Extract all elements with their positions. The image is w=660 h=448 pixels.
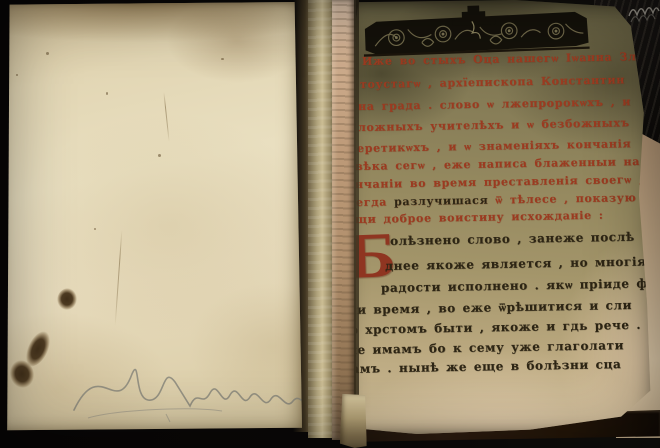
right-page: Иже во стыхъ Оца нашегѡ Іѡанна Зла тоуст…: [336, 0, 660, 434]
gutter-crevice: [354, 0, 359, 436]
heading-line: ложныхъ учителѣхъ и ѡ безбожныхъ: [358, 116, 630, 134]
paper-crack: [115, 230, 123, 326]
paper-speck: [94, 228, 96, 230]
floral-woodcut-headpiece-icon: [362, 0, 590, 59]
heading-line: еретикѡхъ , и ѡ знаменіяхъ кончанія: [357, 137, 632, 155]
body-line: намъ . нынѣ же еще в болѣзни сца: [342, 357, 622, 376]
spine-tail-strip: [340, 394, 367, 448]
heading-line-black-word: разлучишася: [394, 194, 489, 209]
photo-old-book: Иже во стыхъ Оца нашегѡ Іѡанна Зла тоуст…: [0, 0, 660, 448]
heading-line: вѣка сегѡ , еже написа блаженныи на ско: [355, 154, 660, 173]
wire-coil-icon: [627, 0, 660, 28]
gutter-torn-page-strip: [332, 0, 356, 440]
paper-speck: [221, 58, 224, 60]
body-line: олѣзнено слово , занеже послѣ: [390, 230, 635, 248]
body-line: не имамъ бо к сему уже глаголати: [348, 338, 624, 357]
paper-speck: [16, 74, 18, 76]
heading-line: на града . слово ѡ лжепророкѡхъ , и: [358, 95, 631, 113]
paper-speck: [46, 52, 49, 55]
body-line: днее якоже является , но многія: [385, 254, 647, 273]
heading-line: тоустагѡ , архїепископа Константин: [360, 73, 625, 91]
paper-speck: [106, 92, 108, 95]
heading-line-red-part: егда: [356, 195, 394, 209]
paper-speck: [158, 154, 161, 157]
body-line: ми время , во еже ѿрѣшитися и сли: [346, 298, 632, 318]
gutter-spine-lining: [308, 0, 334, 438]
left-page-blank: [6, 2, 302, 432]
heading-line-red-part: ѿ тѣлесе , показую: [488, 191, 636, 207]
body-line: со хрстомъ быти , якоже и гдь рече .: [342, 318, 641, 337]
heading-line: егда разлучишася ѿ тѣлесе , показую: [356, 191, 637, 209]
body-line: радости исполнено . якѡ пріиде фили: [381, 276, 660, 296]
paper-crack: [163, 92, 169, 142]
heading-line: нчаніи во время преставленія своегѡ ,: [355, 173, 644, 191]
ink-blot: [57, 288, 77, 310]
